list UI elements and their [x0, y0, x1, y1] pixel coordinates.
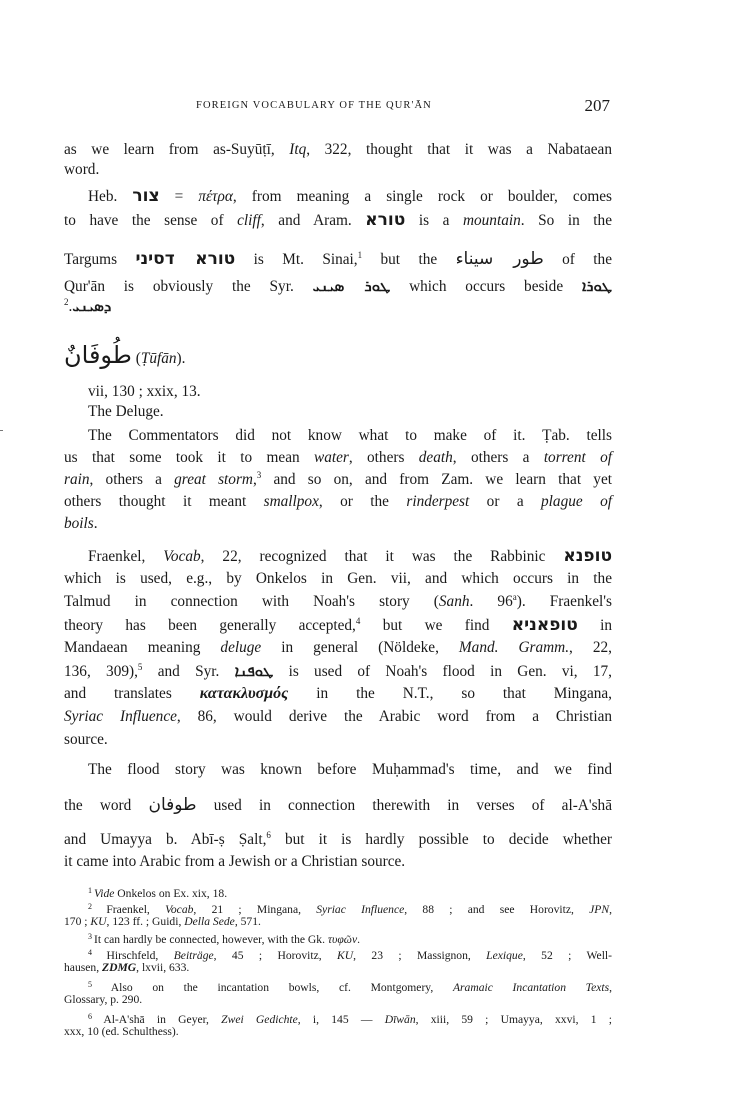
footnote-continuation: hausen, ZDMG, lxvii, 633.	[64, 960, 612, 975]
page-number: 207	[585, 96, 611, 116]
hebrew-word: צור	[132, 186, 159, 206]
body-line: The flood story was known before Muḥamma…	[64, 760, 612, 780]
footnote-number: 6	[88, 1012, 103, 1021]
footnote-number: 4	[88, 948, 107, 957]
body-line: source.	[64, 730, 612, 750]
entry-refs: vii, 130 ; xxix, 13.	[64, 382, 612, 402]
body-line: the word طوفان used in connection therew…	[64, 795, 612, 816]
hebrew-word: טופנא	[563, 546, 612, 566]
footnote-continuation: xxx, 10 (ed. Schulthess).	[64, 1024, 612, 1039]
running-title: FOREIGN VOCABULARY OF THE QUR'ĀN	[196, 100, 432, 111]
arabic-headword: طُوفَانٌ	[64, 341, 132, 369]
syriac-word: ܛܘܪܐ	[582, 277, 612, 295]
running-head: FOREIGN VOCABULARY OF THE QUR'ĀN 207	[64, 100, 612, 120]
greek-word: πέτρα	[198, 188, 233, 205]
body-line: boils.	[64, 514, 612, 534]
syriac-word: ܕܣܝܢܝ	[72, 297, 111, 315]
body-line: word.	[64, 160, 612, 180]
footnote-number: 5	[88, 980, 111, 989]
footnote-continuation: 170 ; KU, 123 ff. ; Guidi, Della Sede, 5…	[64, 914, 612, 929]
arabic-word: طوفان	[148, 795, 196, 815]
body-line: Talmud in connection with Noah's story (…	[64, 592, 612, 612]
entry-meaning: The Deluge.	[64, 402, 612, 422]
body-line: which is used, e.g., by Onkelos in Gen. …	[64, 569, 612, 589]
body-line: as we learn from as-Suyūṭī, Itq, 322, th…	[64, 140, 612, 160]
hebrew-word: טורא	[365, 210, 405, 230]
footnote-continuation: Glossary, p. 290.	[64, 992, 612, 1007]
body-line: Qur'ān is obviously the Syr. ܛܘܪ ܣܝܢܝ wh…	[64, 276, 612, 297]
body-line: theory has been generally accepted,4 but…	[64, 615, 612, 636]
body-line: Targums טורא דסיני is Mt. Sinai,1 but th…	[64, 249, 612, 270]
body-line: rain, others a great storm,3 and so on, …	[64, 470, 612, 490]
hebrew-word: טופאניא	[512, 615, 578, 635]
entry-heading: طُوفَانٌ (Ṭūfān).	[64, 340, 185, 374]
greek-word: κατακλυσμός	[200, 685, 289, 702]
body-line: Fraenkel, Vocab, 22, recognized that it …	[64, 546, 612, 567]
arabic-phrase: طور سيناء	[456, 249, 544, 269]
syriac-word: ܛܘܦܢܐ	[235, 662, 274, 680]
body-line: to have the sense of cliff, and Aram. טו…	[64, 210, 612, 231]
body-line: 136, 309),5 and Syr. ܛܘܦܢܐ is used of No…	[64, 661, 612, 682]
body-line: it came into Arabic from a Jewish or a C…	[64, 852, 612, 872]
hebrew-phrase: טורא דסיני	[135, 249, 235, 269]
footnote-number: 2	[88, 902, 106, 911]
body-line: and Umayya b. Abī-ṣ Ṣalt,6 but it is har…	[64, 830, 612, 850]
body-line: Mandaean meaning deluge in general (Nöld…	[64, 638, 612, 658]
body-line: others thought it meant smallpox, or the…	[64, 492, 612, 512]
syriac-phrase: ܛܘܪ ܣܝܢܝ	[313, 277, 391, 295]
body-line: Syriac Influence, 86, would derive the A…	[64, 707, 612, 727]
body-line: ܕܣܝܢܝ.2	[64, 296, 612, 317]
scan-artifact	[0, 430, 3, 431]
body-line: Heb. צור = πέτρα, from meaning a single …	[64, 186, 612, 207]
body-line: and translates κατακλυσμός in the N.T., …	[64, 684, 612, 704]
body-line: us that some took it to mean water, othe…	[64, 448, 612, 468]
body-line: The Commentators did not know what to ma…	[64, 426, 612, 446]
